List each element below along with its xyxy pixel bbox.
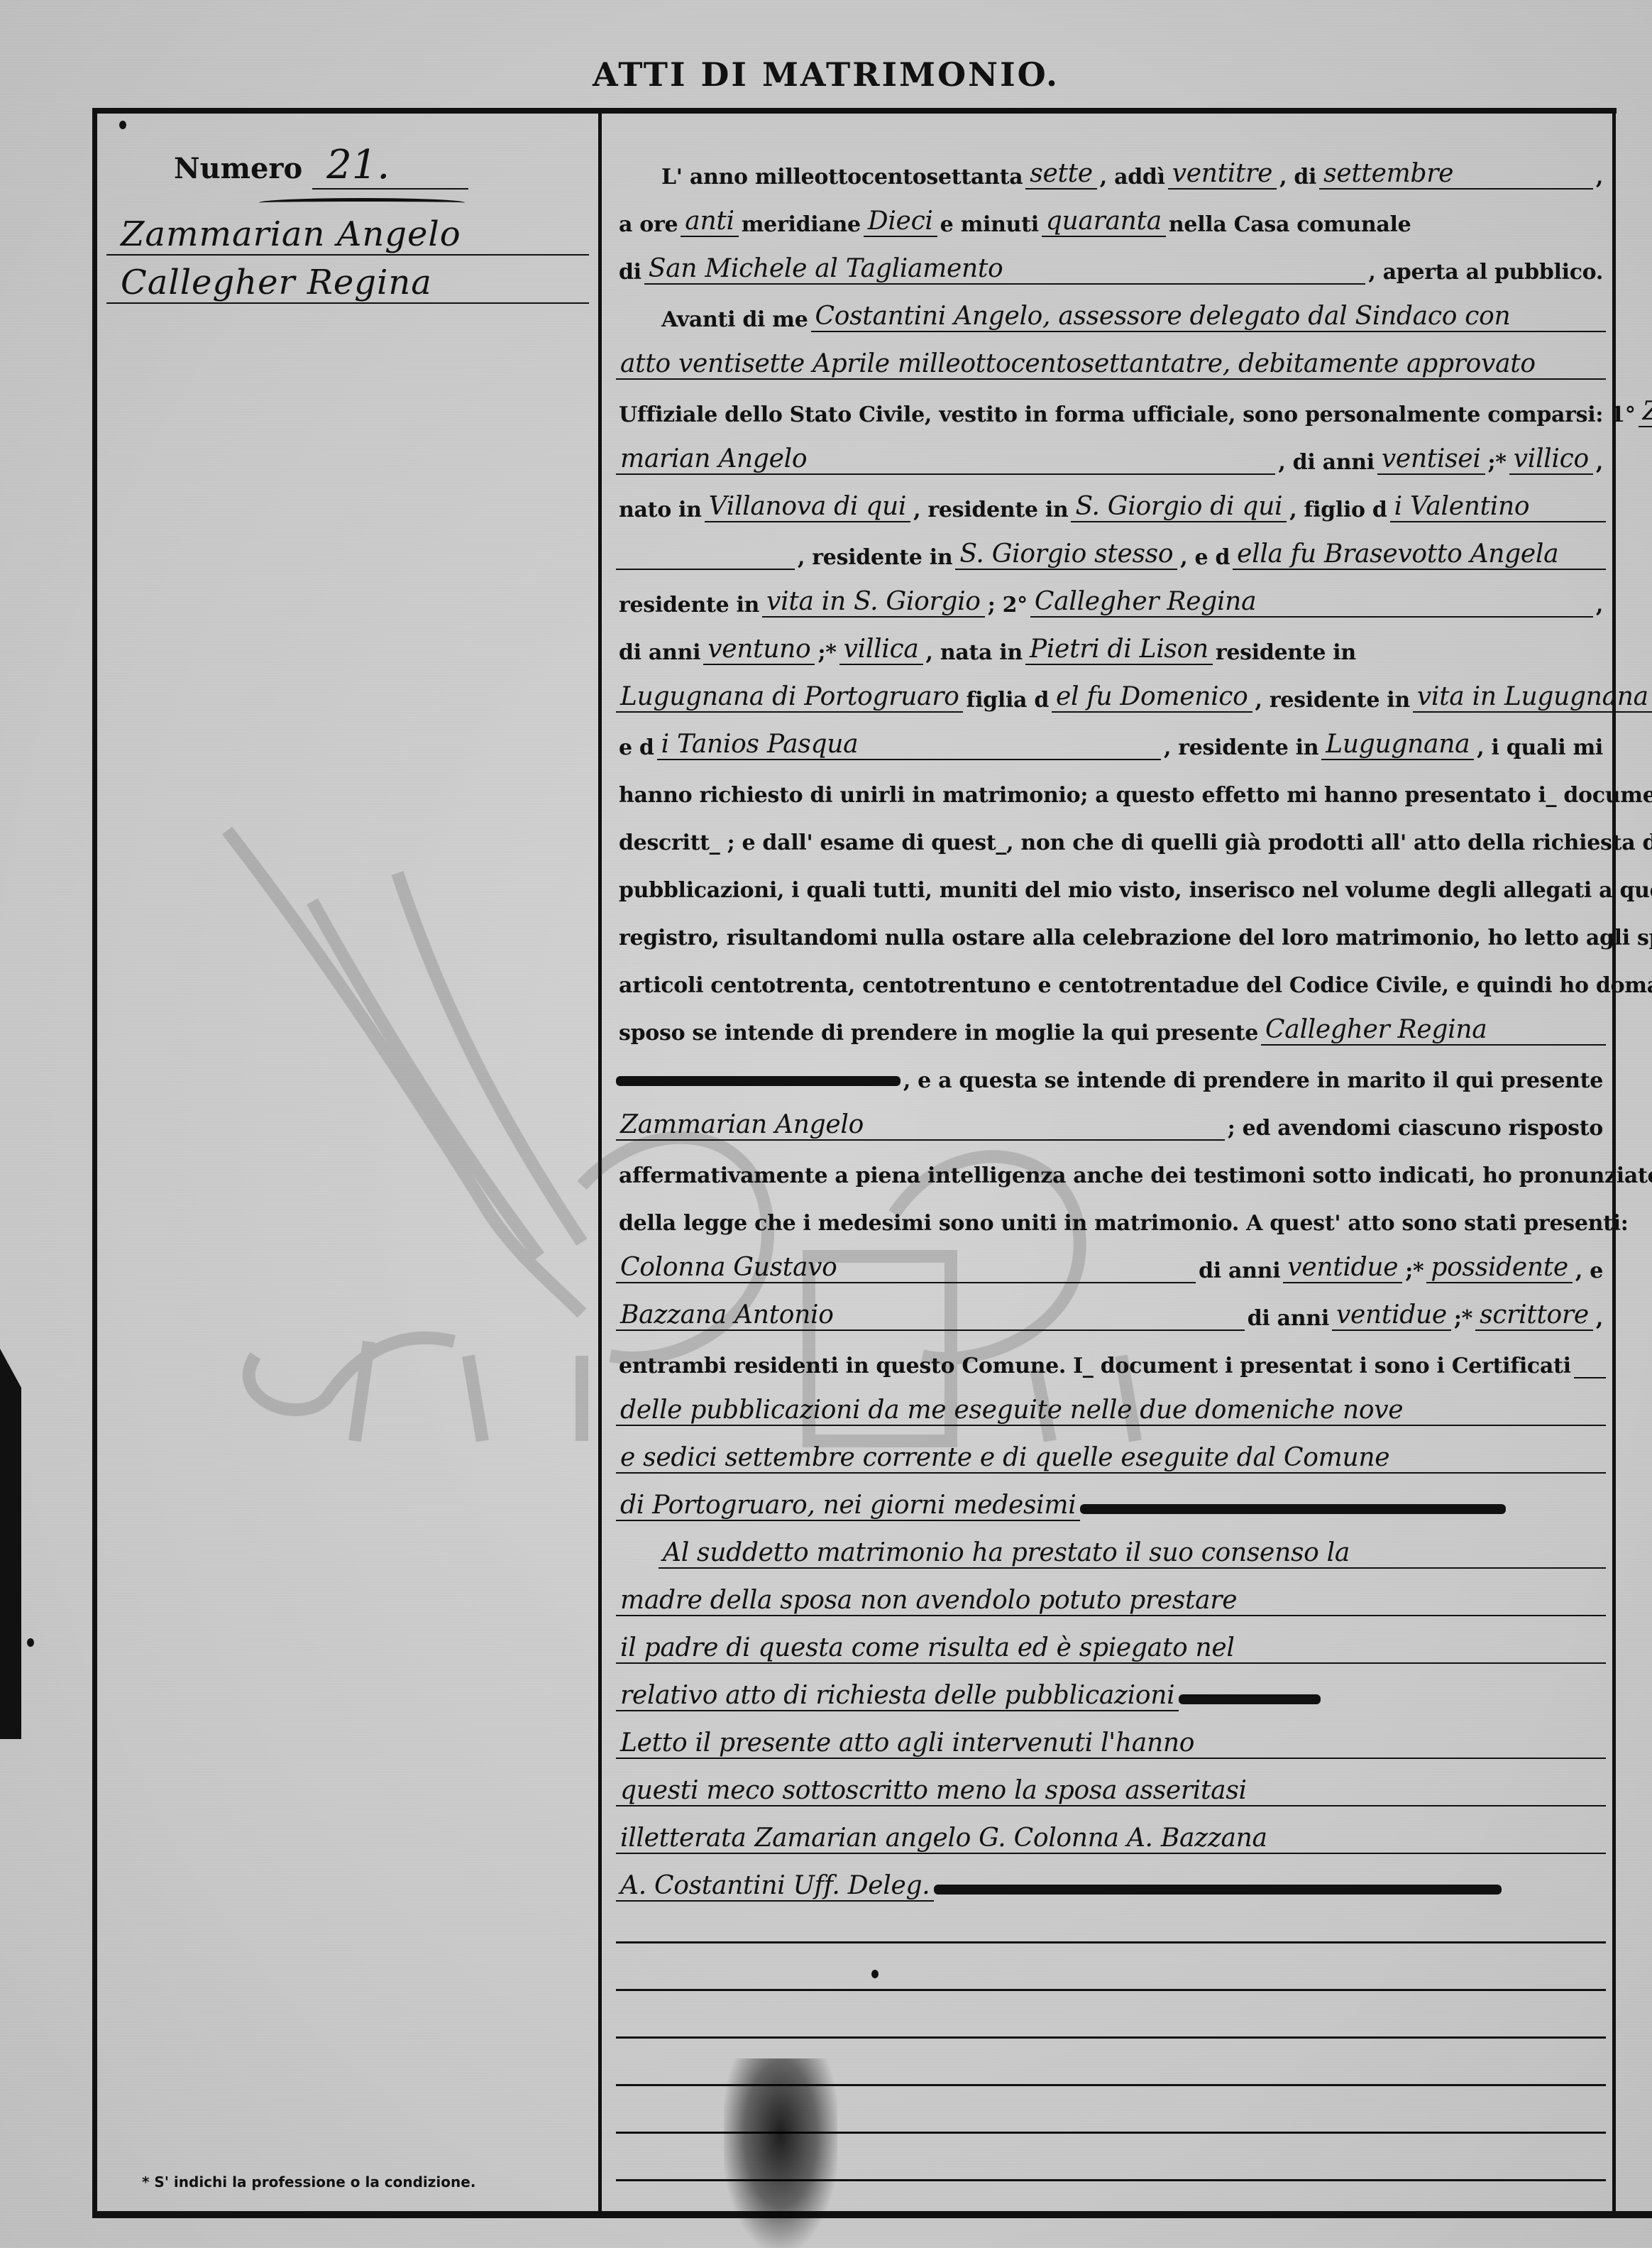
record-line: hanno richiesto di unirli in matrimonio;… [616,760,1606,808]
record-line: Al suddetto matrimonio ha prestato il su… [616,1521,1606,1569]
footnote: * S' indichi la professione o la condizi… [142,2173,475,2191]
handwritten-entry: S. Giorgio di qui [1071,492,1287,522]
record-line: sposo se intende di prendere in moglie l… [616,998,1606,1046]
printed-text: , [1593,1306,1606,1331]
printed-text: , di anni [1275,450,1377,475]
record-line: residente invita in S. Giorgio; 2°Calleg… [616,570,1606,618]
printed-text: , [1593,165,1606,190]
record-line: delle pubblicazioni da me eseguite nelle… [616,1378,1606,1426]
handwritten-entry: atto ventisette Aprile milleottocentoset… [616,349,1606,380]
handwritten-entry: ventidue [1332,1300,1451,1331]
printed-text: nato in [616,498,705,522]
blank-ruled-line [616,1949,1606,1997]
record-number-value: 21. [312,142,468,190]
flourish-divider [259,198,465,207]
handwritten-entry: scrittore [1475,1300,1593,1331]
printed-text: , residente in [910,498,1071,522]
handwritten-entry: Al suddetto matrimonio ha prestato il su… [659,1538,1606,1569]
printed-text: affermativamente a piena intelligenza an… [616,1163,1652,1188]
handwritten-entry: ventidue [1283,1253,1402,1283]
handwritten-entry: i Tanios Pasqua [657,730,1161,760]
handwritten-entry: i Valentino [1390,492,1606,522]
frame-top-rule [92,108,1617,114]
printed-text: e minuti [937,212,1042,237]
record-line: e di Tanios Pasqua, residente inLugugnan… [616,713,1606,760]
printed-text: , [1593,450,1606,475]
handwritten-entry: marian Angelo [616,444,1275,475]
speck [27,1638,34,1647]
handwritten-entry: Callegher Regina [1261,1015,1606,1046]
record-line: a oreantimeridianeDiecie minutiquarantan… [616,190,1606,237]
printed-text: meridiane [739,212,864,237]
record-line: marian Angelo, di anniventisei;*villico, [616,427,1606,475]
frame-bottom-rule [92,2211,1652,2218]
record-line: illetterataZamarian angelo G. Colonna A.… [616,1806,1606,1854]
printed-text: ;* [815,640,839,665]
record-line: di Portogruaro, nei giorni medesimi [616,1474,1606,1521]
handwritten-entry: ella fu Brasevotto Angela [1233,539,1606,570]
record-line: , e a questa se intende di prendere in m… [616,1046,1606,1093]
printed-text: ;* [1451,1306,1475,1331]
record-number-label: Numero [174,152,302,185]
record-line: articoli centotrenta, centotrentuno e ce… [616,950,1606,998]
printed-text: residente in [616,593,762,618]
printed-text: hanno richiesto di unirli in matrimonio;… [616,783,1652,808]
printed-text: descritt_ ; e dall' esame di quest_, non… [616,830,1652,855]
handwritten-entry: e sedici settembre corrente e di quelle … [616,1443,1606,1474]
printed-text: , e [1573,1259,1606,1283]
record-line: Uffiziale dello Stato Civile, vestito in… [616,380,1606,427]
record-line: relativo atto di richiesta delle pubblic… [616,1664,1606,1711]
handwritten-entry: anti [681,207,738,237]
handwritten-entry: delle pubblicazioni da me eseguite nelle… [616,1396,1606,1426]
handwritten-entry: Bazzana Antonio [616,1300,1245,1331]
column-divider [598,111,602,2212]
handwritten-entry: villica [839,635,923,665]
record-line: nato inVillanova di qui, residente inS. … [616,475,1606,522]
record-line: e sedici settembre corrente e di quelle … [616,1426,1606,1474]
printed-text: di anni [1245,1306,1332,1331]
handwritten-entry: ventisei [1377,444,1485,475]
record-number: Numero 21. [174,142,589,190]
printed-text: , addì [1097,165,1168,190]
record-line: , residente inS. Giorgio stesso, e della… [616,522,1606,570]
record-line: atto ventisette Aprile milleottocentoset… [616,332,1606,380]
record-line: diSan Michele al Tagliamento, aperta al … [616,237,1606,285]
record-line: Lugugnana di Portogruarofiglia del fu Do… [616,665,1606,713]
handwritten-entry: Lugugnana di Portogruaro [616,682,963,713]
printed-text: ;* [1485,450,1509,475]
printed-text: e d [616,735,657,760]
printed-text: a ore [616,212,681,237]
printed-text: nella Casa comunale [1166,212,1414,237]
speck [119,121,126,129]
printed-text: sposo se intende di prendere in moglie l… [616,1021,1261,1046]
handwritten-entry: Dieci [864,207,937,237]
printed-text: entrambi residenti in questo Comune. I_ … [616,1354,1574,1378]
printed-text: Avanti di me [659,307,811,332]
record-line: Zammarian Angelo; ed avendomi ciascuno r… [616,1093,1606,1141]
printed-text: pubblicazioni, i quali tutti, muniti del… [616,878,1652,903]
edge-shadow [0,1349,21,1739]
printed-text: , e a questa se intende di prendere in m… [901,1068,1606,1093]
page-title: ATTI DI MATRIMONIO. [0,55,1652,94]
printed-text: Uffiziale dello Stato Civile, vestito in… [616,402,1639,427]
record-line: di anniventuno;*villica, nata inPietri d… [616,618,1606,665]
handwritten-entry [616,569,795,570]
printed-text: di anni [1196,1259,1283,1283]
printed-text: , i quali mi [1474,735,1606,760]
record-line: registro, risultandomi nulla ostare alla… [616,903,1606,950]
handwritten-entry: Letto il presente atto agli intervenuti … [616,1728,1606,1759]
printed-text: , [1593,593,1606,618]
margin-bride-name: Callegher Regina [106,263,589,304]
handwritten-entry: S. Giorgio stesso [955,539,1177,570]
printed-text: , aperta al pubblico. [1365,260,1606,285]
blank-ruled-line [616,1902,1606,1949]
cancel-bar [1179,1694,1321,1704]
printed-text: di anni [616,640,703,665]
printed-text: articoli centotrenta, centotrentuno e ce… [616,973,1652,998]
handwritten-entry: sette [1025,159,1097,190]
handwritten-entry: Colonna Gustavo [616,1253,1196,1283]
handwritten-entry: Zammarian Angelo [616,1110,1225,1141]
printed-text: , di [1277,165,1319,190]
handwritten-entry: possidente [1426,1253,1573,1283]
record-line: Colonna Gustavodi anniventidue;*possiden… [616,1236,1606,1283]
handwritten-entry: settembre [1319,159,1593,190]
handwritten-entry: Callegher Regina [1030,587,1593,618]
handwritten-entry: relativo atto di richiesta delle pubblic… [616,1681,1179,1711]
handwritten-entry: el fu Domenico [1052,682,1252,713]
handwritten-entry: Pietri di Lison [1025,635,1213,665]
speck [871,1970,879,1978]
handwritten-entry: Costantini Angelo, assessore delegato da… [811,302,1607,332]
record-line: madre della sposa non avendolo potuto pr… [616,1569,1606,1616]
handwritten-entry: quaranta [1042,207,1166,237]
handwritten-entry: madre della sposa non avendolo potuto pr… [616,1586,1606,1616]
handwritten-entry: ventitre [1168,159,1277,190]
printed-text: di [616,260,644,285]
handwritten-entry: villico [1509,444,1593,475]
record-line: il padre di questa come risulta ed è spi… [616,1616,1606,1664]
ink-stain [724,2058,837,2248]
handwritten-entry: Villanova di qui [705,492,910,522]
printed-text: ;* [1402,1259,1426,1283]
handwritten-entry: Lugugnana [1321,730,1474,760]
printed-text: , e d [1177,545,1233,570]
printed-text: , residente in [795,545,955,570]
handwritten-entry: Zamarian angelo G. Colonna A. Bazzana [750,1824,1606,1854]
cancel-bar [934,1885,1502,1895]
printed-text: L' anno milleottocentosettanta [659,165,1025,190]
margin-column: Numero 21. Zammarian Angelo Callegher Re… [106,142,589,304]
cancel-bar [616,1076,901,1086]
cancel-bar [1080,1504,1506,1514]
printed-text: ; 2° [985,593,1030,618]
record-line: pubblicazioni, i quali tutti, muniti del… [616,855,1606,903]
handwritten-entry: il padre di questa come risulta ed è spi… [616,1633,1606,1664]
frame-left-rule [92,108,97,2216]
record-line: Avanti di meCostantini Angelo, assessore… [616,285,1606,332]
record-line: Letto il presente atto agli intervenuti … [616,1711,1606,1759]
record-body: L' anno milleottocentosettantasette, add… [616,142,1606,2187]
record-line: Bazzana Antoniodi anniventidue;*scrittor… [616,1283,1606,1331]
record-line: descritt_ ; e dall' esame di quest_, non… [616,808,1606,855]
printed-text: , figlio d [1287,498,1389,522]
record-line: della legge che i medesimi sono uniti in… [616,1188,1606,1236]
handwritten-entry: San Michele al Tagliamento [644,254,1366,285]
printed-text: registro, risultandomi nulla ostare alla… [616,926,1652,950]
handwritten-entry: questi meco sottoscritto meno la sposa a… [616,1776,1606,1806]
printed-text: residente in [1213,640,1359,665]
handwritten-entry: Zam [1639,397,1652,427]
printed-text: figlia d [963,688,1052,713]
record-line: entrambi residenti in questo Comune. I_ … [616,1331,1606,1378]
handwritten-entry: illetterata [616,1824,750,1854]
handwritten-entry: ventuno [703,635,815,665]
record-line: questi meco sottoscritto meno la sposa a… [616,1759,1606,1806]
record-line: affermativamente a piena intelligenza an… [616,1141,1606,1188]
blank-ruled-line [616,1997,1606,2044]
handwritten-entry [1574,1377,1606,1378]
record-line: A. Costantini Uff. Deleg. [616,1854,1606,1902]
printed-text: ; ed avendomi ciascuno risposto [1225,1116,1606,1141]
handwritten-entry: A. Costantini Uff. Deleg. [616,1871,934,1902]
margin-groom-name: Zammarian Angelo [106,214,589,256]
record-line: L' anno milleottocentosettantasette, add… [616,142,1606,190]
handwritten-entry: vita in Lugugnana [1413,682,1652,713]
handwritten-entry: vita in S. Giorgio [762,587,985,618]
printed-text: , nata in [923,640,1025,665]
printed-text: della legge che i medesimi sono uniti in… [616,1211,1631,1236]
printed-text: , residente in [1252,688,1413,713]
handwritten-entry: di Portogruaro, nei giorni medesimi [616,1491,1080,1521]
printed-text: , residente in [1161,735,1321,760]
